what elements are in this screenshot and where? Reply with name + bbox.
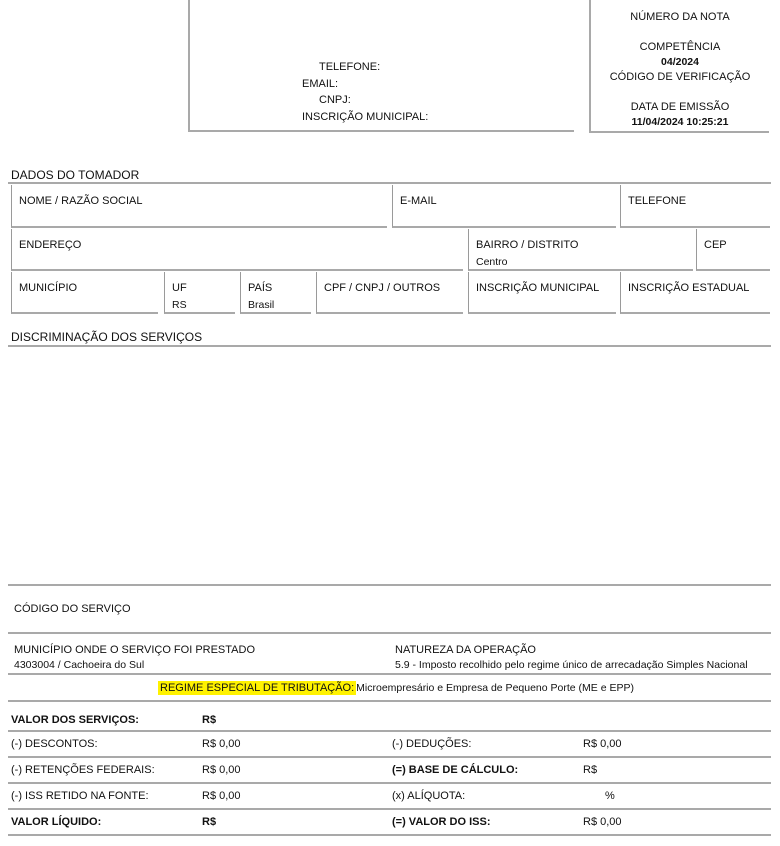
codigo-verificacao-label: CÓDIGO DE VERIFICAÇÃO bbox=[590, 70, 770, 85]
valor-servicos-value: R$ bbox=[202, 714, 216, 727]
valor-row-right-value: R$ 0,00 bbox=[583, 738, 622, 751]
tomador-telefone-label: TELEFONE bbox=[628, 195, 686, 207]
tomador-municipio-label: MUNICÍPIO bbox=[19, 282, 77, 294]
tomador-inscricao-estadual-label: INSCRIÇÃO ESTADUAL bbox=[628, 282, 749, 294]
tomador-endereco-field: ENDEREÇO bbox=[11, 229, 463, 271]
section-divider bbox=[8, 345, 771, 347]
valor-row-left-value: R$ bbox=[202, 816, 216, 829]
prestador-cnpj-label: CNPJ: bbox=[319, 94, 351, 107]
numero-nota-label: NÚMERO DA NOTA bbox=[590, 10, 770, 25]
regime-especial-row: REGIME ESPECIAL DE TRIBUTAÇÃO:Microempre… bbox=[158, 682, 634, 695]
natureza-operacao-value: 5.9 - Imposto recolhido pelo regime únic… bbox=[395, 659, 748, 672]
divider bbox=[8, 700, 771, 702]
municipio-prestado-label: MUNICÍPIO ONDE O SERVIÇO FOI PRESTADO bbox=[14, 644, 255, 657]
competencia-label: COMPETÊNCIA bbox=[590, 40, 770, 55]
tomador-nome-label: NOME / RAZÃO SOCIAL bbox=[19, 195, 142, 207]
codigo-servico-label: CÓDIGO DO SERVIÇO bbox=[14, 603, 131, 616]
valor-servicos-label: VALOR DOS SERVIÇOS: bbox=[11, 714, 139, 727]
tomador-cep-field: CEP bbox=[696, 229, 770, 271]
regime-especial-label: REGIME ESPECIAL DE TRIBUTAÇÃO: bbox=[158, 681, 356, 695]
valor-row-left-value: R$ 0,00 bbox=[202, 738, 241, 751]
divider bbox=[8, 730, 771, 732]
tomador-cep-label: CEP bbox=[704, 239, 727, 251]
valor-row-right-label: (-) DEDUÇÕES: bbox=[392, 738, 471, 751]
tomador-bairro-field: BAIRRO / DISTRITO Centro bbox=[468, 229, 693, 271]
tomador-cpf-cnpj-label: CPF / CNPJ / OUTROS bbox=[324, 282, 440, 294]
valor-row-left-label: (-) RETENÇÕES FEDERAIS: bbox=[11, 764, 155, 777]
prestador-email-label: EMAIL: bbox=[302, 78, 338, 91]
tomador-endereco-label: ENDEREÇO bbox=[19, 239, 81, 251]
data-emissao-value: 11/04/2024 10:25:21 bbox=[590, 115, 770, 130]
tomador-uf-field: UF RS bbox=[164, 272, 235, 314]
section-divider bbox=[8, 182, 771, 184]
tomador-municipio-field: MUNICÍPIO bbox=[11, 272, 158, 314]
tomador-section-title: DADOS DO TOMADOR bbox=[11, 168, 139, 182]
prestador-telefone-label: TELEFONE: bbox=[319, 61, 380, 74]
divider bbox=[8, 673, 771, 675]
valor-row-left-label: VALOR LÍQUIDO: bbox=[11, 816, 101, 829]
tomador-pais-label: PAÍS bbox=[248, 282, 272, 294]
data-emissao-label: DATA DE EMISSÃO bbox=[590, 100, 770, 115]
divider bbox=[8, 782, 771, 784]
regime-especial-value: Microempresário e Empresa de Pequeno Por… bbox=[356, 682, 634, 694]
competencia-value: 04/2024 bbox=[590, 55, 770, 70]
tomador-uf-value: RS bbox=[172, 299, 187, 311]
servicos-section-title: DISCRIMINAÇÃO DOS SERVIÇOS bbox=[11, 330, 202, 344]
tomador-email-field: E-MAIL bbox=[392, 185, 616, 228]
divider bbox=[8, 834, 771, 836]
valor-row-right-label: (=) BASE DE CÁLCULO: bbox=[392, 764, 518, 777]
valor-row-right-value: R$ bbox=[583, 764, 597, 777]
divider bbox=[589, 131, 769, 133]
tomador-inscricao-estadual-field: INSCRIÇÃO ESTADUAL bbox=[620, 272, 770, 314]
divider bbox=[8, 808, 771, 810]
tomador-pais-value: Brasil bbox=[248, 299, 274, 311]
tomador-pais-field: PAÍS Brasil bbox=[240, 272, 311, 314]
tomador-bairro-label: BAIRRO / DISTRITO bbox=[476, 239, 578, 251]
municipio-prestado-value: 4303004 / Cachoeira do Sul bbox=[14, 659, 144, 672]
natureza-operacao-label: NATUREZA DA OPERAÇÃO bbox=[395, 644, 536, 657]
tomador-email-label: E-MAIL bbox=[400, 195, 437, 207]
prestador-inscricao-municipal-label: INSCRIÇÃO MUNICIPAL: bbox=[302, 111, 428, 124]
valor-row-right-label: (=) VALOR DO ISS: bbox=[392, 816, 491, 829]
valor-row-left-value: R$ 0,00 bbox=[202, 790, 241, 803]
tomador-telefone-field: TELEFONE bbox=[620, 185, 770, 228]
valor-row-right-value: % bbox=[605, 790, 615, 803]
valor-row-right-label: (x) ALÍQUOTA: bbox=[392, 790, 465, 803]
valor-row-left-label: (-) DESCONTOS: bbox=[11, 738, 98, 751]
valor-row-left-label: (-) ISS RETIDO NA FONTE: bbox=[11, 790, 149, 803]
divider bbox=[188, 0, 190, 131]
tomador-bairro-value: Centro bbox=[476, 256, 508, 268]
servicos-description-area bbox=[8, 348, 771, 584]
tomador-inscricao-municipal-field: INSCRIÇÃO MUNICIPAL bbox=[468, 272, 616, 314]
divider bbox=[8, 632, 771, 634]
tomador-nome-field: NOME / RAZÃO SOCIAL bbox=[11, 185, 387, 228]
tomador-inscricao-municipal-label: INSCRIÇÃO MUNICIPAL bbox=[476, 282, 599, 294]
divider bbox=[8, 584, 771, 586]
divider bbox=[8, 756, 771, 758]
valor-row-right-value: R$ 0,00 bbox=[583, 816, 622, 829]
divider bbox=[188, 130, 574, 132]
tomador-cpf-cnpj-field: CPF / CNPJ / OUTROS bbox=[316, 272, 463, 314]
tomador-uf-label: UF bbox=[172, 282, 187, 294]
valor-row-left-value: R$ 0,00 bbox=[202, 764, 241, 777]
